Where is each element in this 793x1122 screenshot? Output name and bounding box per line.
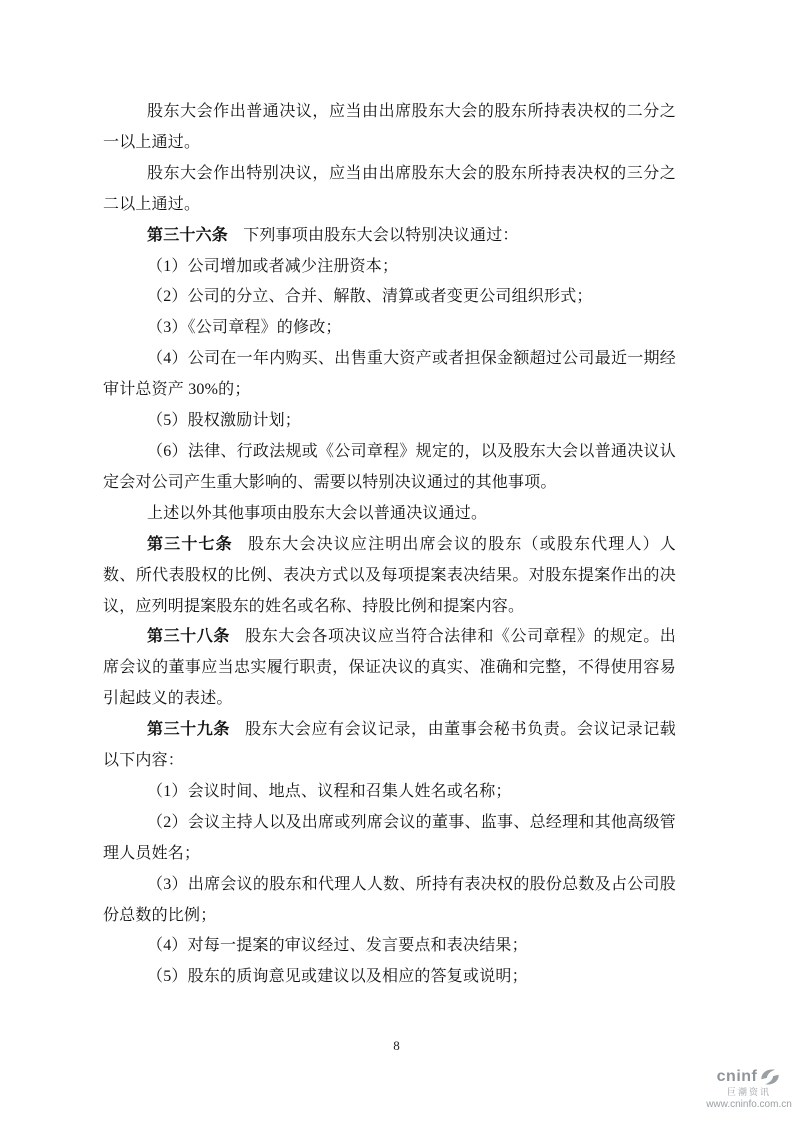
paragraph-text: 上述以外其他事项由股东大会以普通决议通过。 bbox=[147, 505, 487, 522]
paragraph: 第三十九条股东大会应有会议记录，由董事会秘书负责。会议记录记载以下内容： bbox=[103, 715, 676, 777]
paragraph-text: （4）公司在一年内购买、出售重大资产或者担保金额超过公司最近一期经审计总资产 3… bbox=[103, 350, 676, 398]
article-number: 第三十六条 bbox=[147, 227, 228, 244]
document-page: 股东大会作出普通决议，应当由出席股东大会的股东所持表决权的二分之一以上通过。 股… bbox=[0, 0, 793, 1122]
cninfo-brand-text: cninf bbox=[717, 1069, 758, 1085]
paragraph: 第三十八条股东大会各项决议应当符合法律和《公司章程》的规定。出席会议的董事应当忠… bbox=[103, 622, 676, 715]
paragraph: 第三十七条股东大会决议应注明出席会议的股东（或股东代理人）人数、所代表股权的比例… bbox=[103, 530, 676, 623]
paragraph-text: 下列事项由股东大会以特别决议通过： bbox=[243, 227, 518, 244]
cninfo-url: www.cninfo.com.cn bbox=[706, 1100, 792, 1110]
paragraph-text: （2）会议主持人以及出席或列席会议的董事、监事、总经理和其他高级管理人员姓名； bbox=[103, 814, 676, 862]
cninfo-watermark: cninf 巨潮资讯 www.cninfo.com.cn bbox=[709, 1067, 789, 1110]
paragraph: （1）公司增加或者减少注册资本； bbox=[103, 252, 676, 283]
paragraph-text: （6）法律、行政法规或《公司章程》规定的，以及股东大会以普通决议认定会对公司产生… bbox=[103, 443, 676, 491]
paragraph: 股东大会作出特别决议，应当由出席股东大会的股东所持表决权的三分之二以上通过。 bbox=[103, 159, 676, 221]
paragraph-text: （5）股东的质询意见或建议以及相应的答复或说明； bbox=[147, 968, 528, 985]
article-number: 第三十七条 bbox=[147, 536, 233, 553]
cninfo-brand-row: cninf bbox=[717, 1067, 782, 1087]
paragraph-text: （1）会议时间、地点、议程和召集人姓名或名称； bbox=[147, 783, 512, 800]
paragraph: （2）公司的分立、合并、解散、清算或者变更公司组织形式； bbox=[103, 282, 676, 313]
paragraph: （3）出席会议的股东和代理人人数、所持有表决权的股份总数及占公司股份总数的比例； bbox=[103, 870, 676, 932]
paragraph: （5）股权激励计划； bbox=[103, 406, 676, 437]
paragraph-text: （2）公司的分立、合并、解散、清算或者变更公司组织形式； bbox=[147, 288, 593, 305]
paragraph-text: （4）对每一提案的审议经过、发言要点和表决结果； bbox=[147, 937, 528, 954]
article-number: 第三十八条 bbox=[147, 628, 230, 645]
paragraph-text: （3）出席会议的股东和代理人人数、所持有表决权的股份总数及占公司股份总数的比例； bbox=[103, 876, 676, 924]
paragraph: 股东大会作出普通决议，应当由出席股东大会的股东所持表决权的二分之一以上通过。 bbox=[103, 97, 676, 159]
paragraph-text: （5）股权激励计划； bbox=[147, 412, 301, 429]
document-body: 股东大会作出普通决议，应当由出席股东大会的股东所持表决权的二分之一以上通过。 股… bbox=[103, 97, 676, 993]
paragraph-text: （1）公司增加或者减少注册资本； bbox=[147, 258, 398, 275]
paragraph: （6）法律、行政法规或《公司章程》规定的，以及股东大会以普通决议认定会对公司产生… bbox=[103, 437, 676, 499]
paragraph-text: 股东大会作出特别决议，应当由出席股东大会的股东所持表决权的三分之二以上通过。 bbox=[103, 165, 676, 213]
paragraph: （2）会议主持人以及出席或列席会议的董事、监事、总经理和其他高级管理人员姓名； bbox=[103, 808, 676, 870]
paragraph: （4）公司在一年内购买、出售重大资产或者担保金额超过公司最近一期经审计总资产 3… bbox=[103, 344, 676, 406]
paragraph-text: （3）《公司章程》的修改； bbox=[147, 319, 342, 336]
cninfo-swirl-icon bbox=[759, 1067, 781, 1087]
article-number: 第三十九条 bbox=[147, 721, 230, 738]
paragraph: （1）会议时间、地点、议程和召集人姓名或名称； bbox=[103, 777, 676, 808]
paragraph: 第三十六条下列事项由股东大会以特别决议通过： bbox=[103, 221, 676, 252]
cninfo-brand-chinese: 巨潮资讯 bbox=[727, 1088, 771, 1097]
paragraph: （4）对每一提案的审议经过、发言要点和表决结果； bbox=[103, 931, 676, 962]
page-number: 8 bbox=[0, 1038, 793, 1054]
paragraph: （5）股东的质询意见或建议以及相应的答复或说明； bbox=[103, 962, 676, 993]
paragraph-text: 股东大会作出普通决议，应当由出席股东大会的股东所持表决权的二分之一以上通过。 bbox=[103, 103, 676, 151]
paragraph: 上述以外其他事项由股东大会以普通决议通过。 bbox=[103, 499, 676, 530]
paragraph: （3）《公司章程》的修改； bbox=[103, 313, 676, 344]
